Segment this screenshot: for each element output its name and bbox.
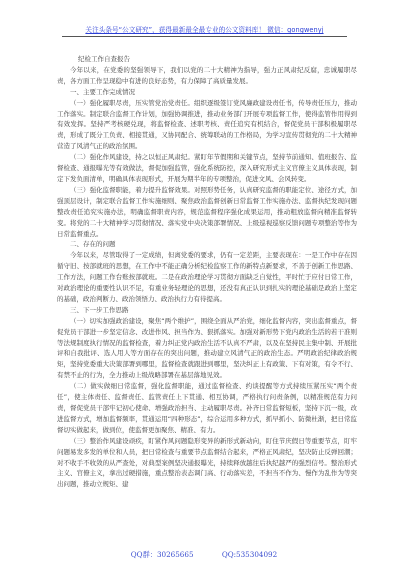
paragraph-3-2: （二）做实做细日常监督，强化监督职能，通过监督检查、约谈提醒等方式持续压紧压实“… (57, 381, 357, 436)
paragraph-3-1: （一）切实加强政治建设，聚焦“两个维护”，围绕全面从严治党，细化监督内容，突出监… (57, 316, 357, 381)
section-heading-3: 三、下一步工作思路 (57, 305, 357, 316)
qq-number: QQ:535304092 (222, 550, 277, 559)
paragraph-3-3: （三）整治作风建设顽疾，盯紧作风问题隐形变异的新形式新动向，盯住节庆假日等重要节… (57, 436, 357, 491)
paragraph-1-2: （二）强化作风建设，持之以恒正风肃纪。紧盯年节假期和关键节点，坚持节前通知、值班… (57, 152, 357, 185)
section-heading-2: 二、存在的问题 (57, 239, 357, 250)
paragraph-2: 今年以来，尽管取得了一定成绩，但离党委的要求，仍有一定差距，主要表现在：一是工作… (57, 250, 357, 305)
document-body: 纪检工作自查报告 今年以来，在党委的坚强领导下，我们以党的二十大精神为指导，强力… (57, 54, 357, 490)
footer-contact: QQ群：30265665 QQ:535304092 (0, 550, 408, 560)
document-title: 纪检工作自查报告 (57, 54, 357, 65)
qq-group-number: QQ群：30265665 (131, 550, 194, 560)
header-promo-link[interactable]: 关注头条号“公文研究”，获得最新最全最专业的公文资料库！ 微信：gongweny… (62, 24, 347, 34)
header-divider (62, 36, 347, 37)
paragraph-intro: 今年以来，在党委的坚强领导下，我们以党的二十大精神为指导，强力正风肃纪反腐，忠诚… (57, 65, 357, 87)
section-heading-1: 一、主要工作完成情况 (57, 87, 357, 98)
paragraph-1-3: （三）强化监督职能，着力提升监督效果。对照形势任务，认真研究监督的职能定位、途径… (57, 185, 357, 240)
paragraph-1-1: （一）强化履职尽责，压实管党治党责任。组织逐级签订党风廉政建设责任书，传导责任压… (57, 98, 357, 153)
